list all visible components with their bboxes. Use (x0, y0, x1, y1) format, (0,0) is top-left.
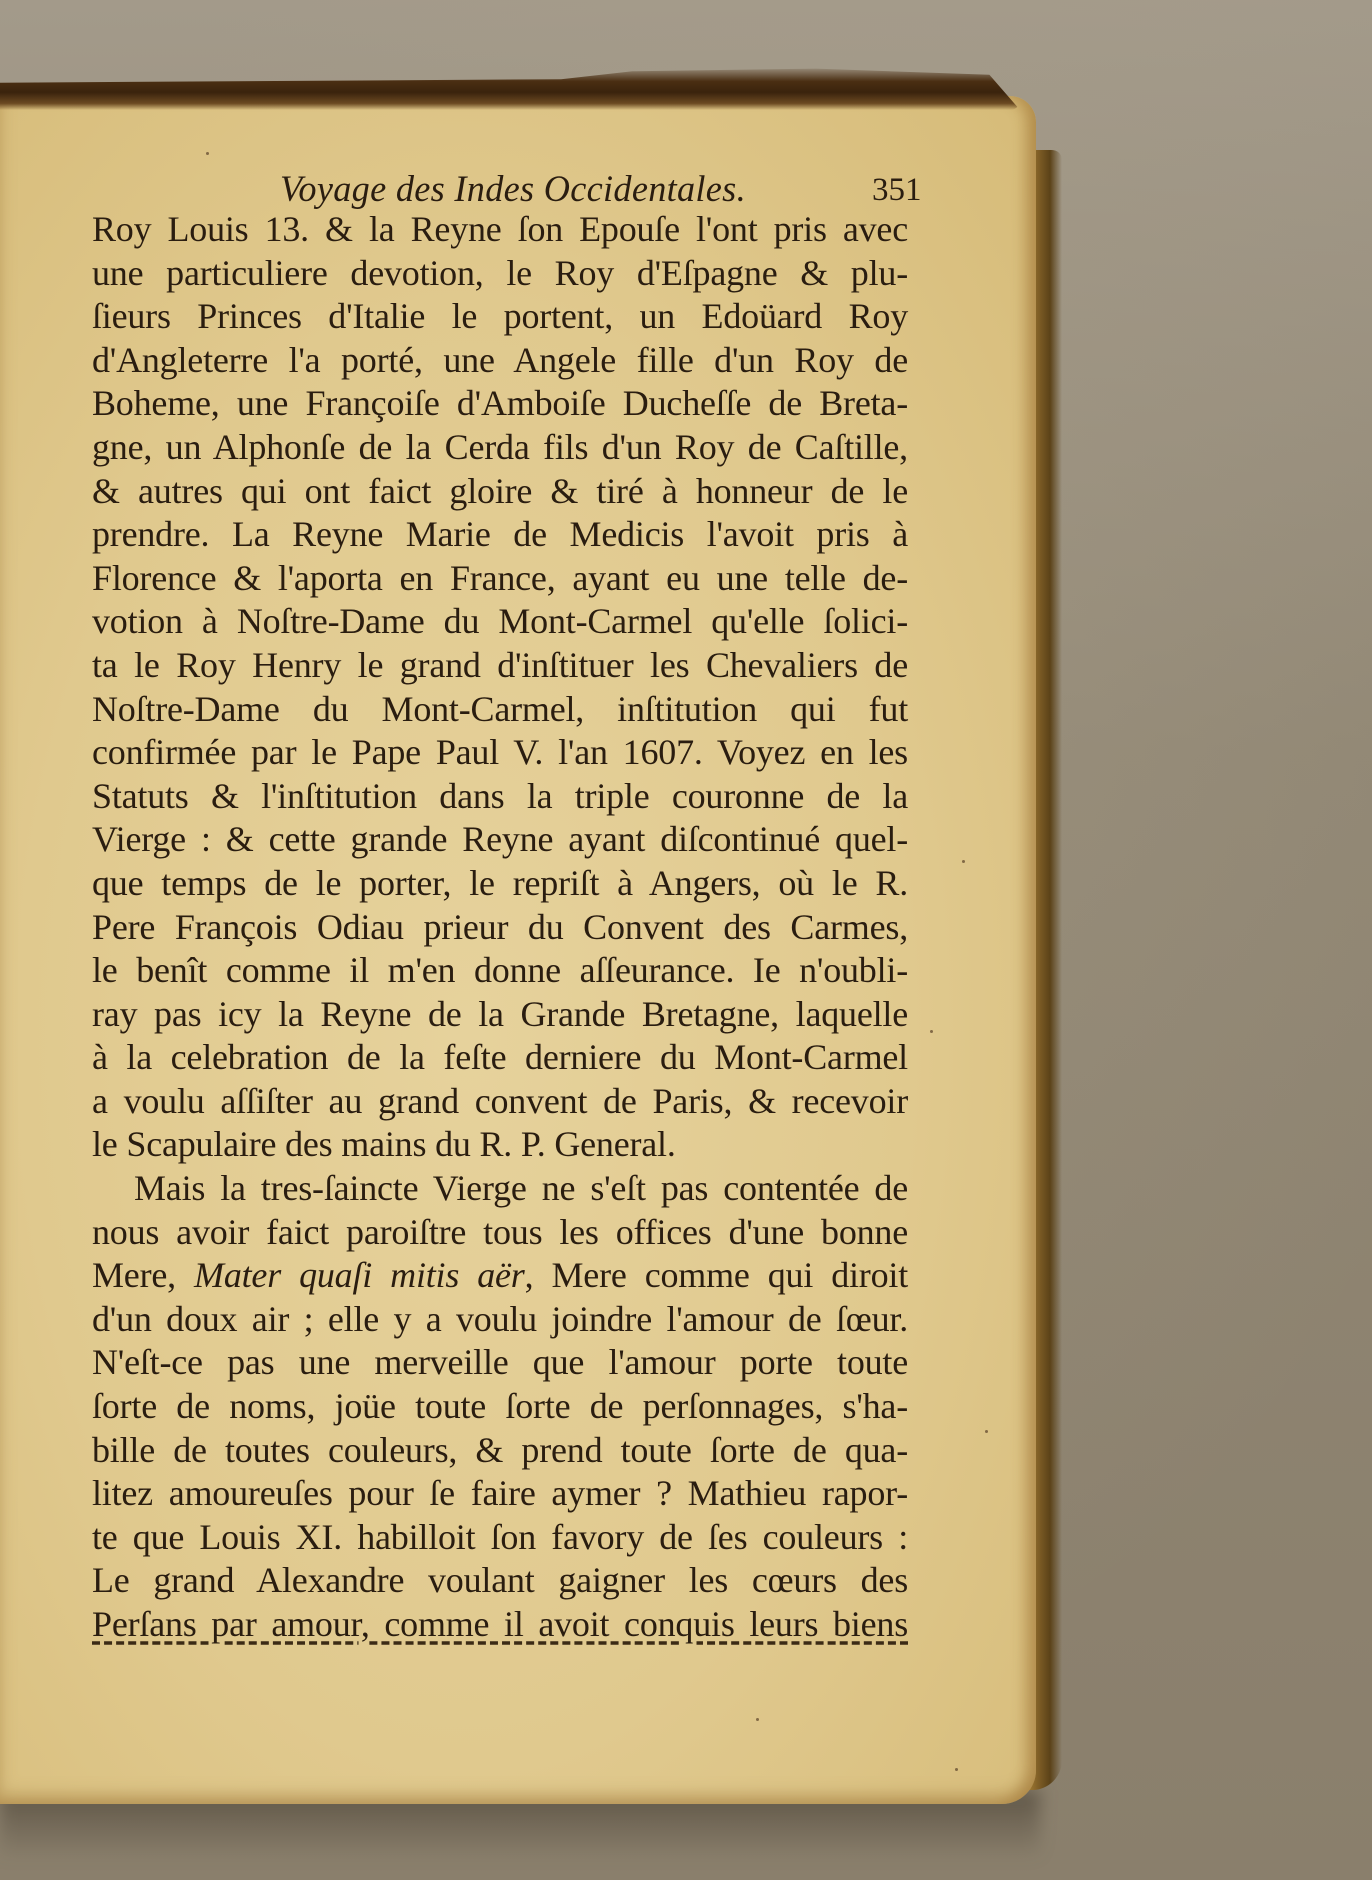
text-line: d'Angleterre l'a porté, une Angele fille… (92, 339, 908, 383)
text-line: N'eſt-ce pas une merveille que l'amour p… (92, 1341, 908, 1385)
text-line: & autres qui ont faict gloire & tiré à h… (92, 470, 908, 514)
text-line: gne, un Alphonſe de la Cerda fils d'un R… (92, 426, 908, 470)
text-line: bille de toutes couleurs, & prend toute … (92, 1429, 908, 1473)
text-line: que temps de le porter, le repriſt à Ang… (92, 862, 908, 906)
text-line: votion à Noſtre-Dame du Mont-Carmel qu'e… (92, 600, 908, 644)
text-line: nous avoir faict paroiſtre tous les offi… (92, 1211, 908, 1255)
paper-speck (985, 1430, 988, 1433)
text-line: le benît comme il m'en donne aſſeurance.… (92, 949, 908, 993)
text-line: Boheme, une Françoiſe d'Amboiſe Ducheſſe… (92, 382, 908, 426)
text-line: à la celebration de la feſte derniere du… (92, 1036, 908, 1080)
text-fragment: Mere, (92, 1255, 194, 1295)
paper-speck (756, 1718, 759, 1721)
text-line: ta le Roy Henry le grand d'inſtituer les… (92, 644, 908, 688)
text-line: Statuts & l'inſtitution dans la triple c… (92, 775, 908, 819)
text-line: litez amoureuſes pour ſe faire aymer ? M… (92, 1472, 908, 1516)
latin-italic-phrase: Mater quaſi mitis aër (194, 1255, 525, 1295)
text-line: une particuliere devotion, le Roy d'Eſpa… (92, 252, 908, 296)
body-text: Roy Louis 13. & la Reyne ſon Epouſe l'on… (92, 208, 908, 1647)
text-line: Noſtre-Dame du Mont-Carmel, inſtitution … (92, 688, 908, 732)
text-line: Florence & l'aporta en France, ayant eu … (92, 557, 908, 601)
text-line: prendre. La Reyne Marie de Medicis l'avo… (92, 513, 908, 557)
text-line: Roy Louis 13. & la Reyne ſon Epouſe l'on… (92, 208, 908, 252)
paragraph-start-line: Mais la tres-ſaincte Vierge ne s'eſt pas… (92, 1167, 908, 1211)
paper-speck (206, 152, 209, 155)
text-line: ſieurs Princes d'Italie le portent, un E… (92, 295, 908, 339)
text-line: Le grand Alexandre voulant gaigner les c… (92, 1559, 908, 1603)
top-binding-edge (0, 66, 1020, 110)
text-line: confirmée par le Pape Paul V. l'an 1607.… (92, 731, 908, 775)
text-line-last: Perſans par amour, comme il avoit conqui… (92, 1603, 908, 1647)
text-line: Vierge : & cette grande Reyne ayant diſc… (92, 818, 908, 862)
paragraph-end-line: le Scapulaire des mains du R. P. General… (92, 1123, 908, 1167)
text-line: te que Louis XI. habilloit ſon favory de… (92, 1516, 908, 1560)
text-line: ſorte de noms, joüe toute ſorte de perſo… (92, 1385, 908, 1429)
text-line: ray pas icy la Reyne de la Grande Bretag… (92, 993, 908, 1037)
paper-speck (962, 860, 965, 863)
text-line: Pere François Odiau prieur du Convent de… (92, 906, 908, 950)
text-fragment: , Mere comme qui diroit (525, 1255, 908, 1295)
text-line-latin: Mere, Mater quaſi mitis aër, Mere comme … (92, 1254, 908, 1298)
running-head-title: Voyage des Indes Occidentales. (280, 168, 746, 211)
page-number: 351 (872, 172, 922, 209)
paper-speck (930, 1030, 933, 1033)
text-line: d'un doux air ; elle y a voulu joindre l… (92, 1298, 908, 1342)
paper-speck (955, 1768, 958, 1771)
text-line: a voulu aſſiſter au grand convent de Par… (92, 1080, 908, 1124)
